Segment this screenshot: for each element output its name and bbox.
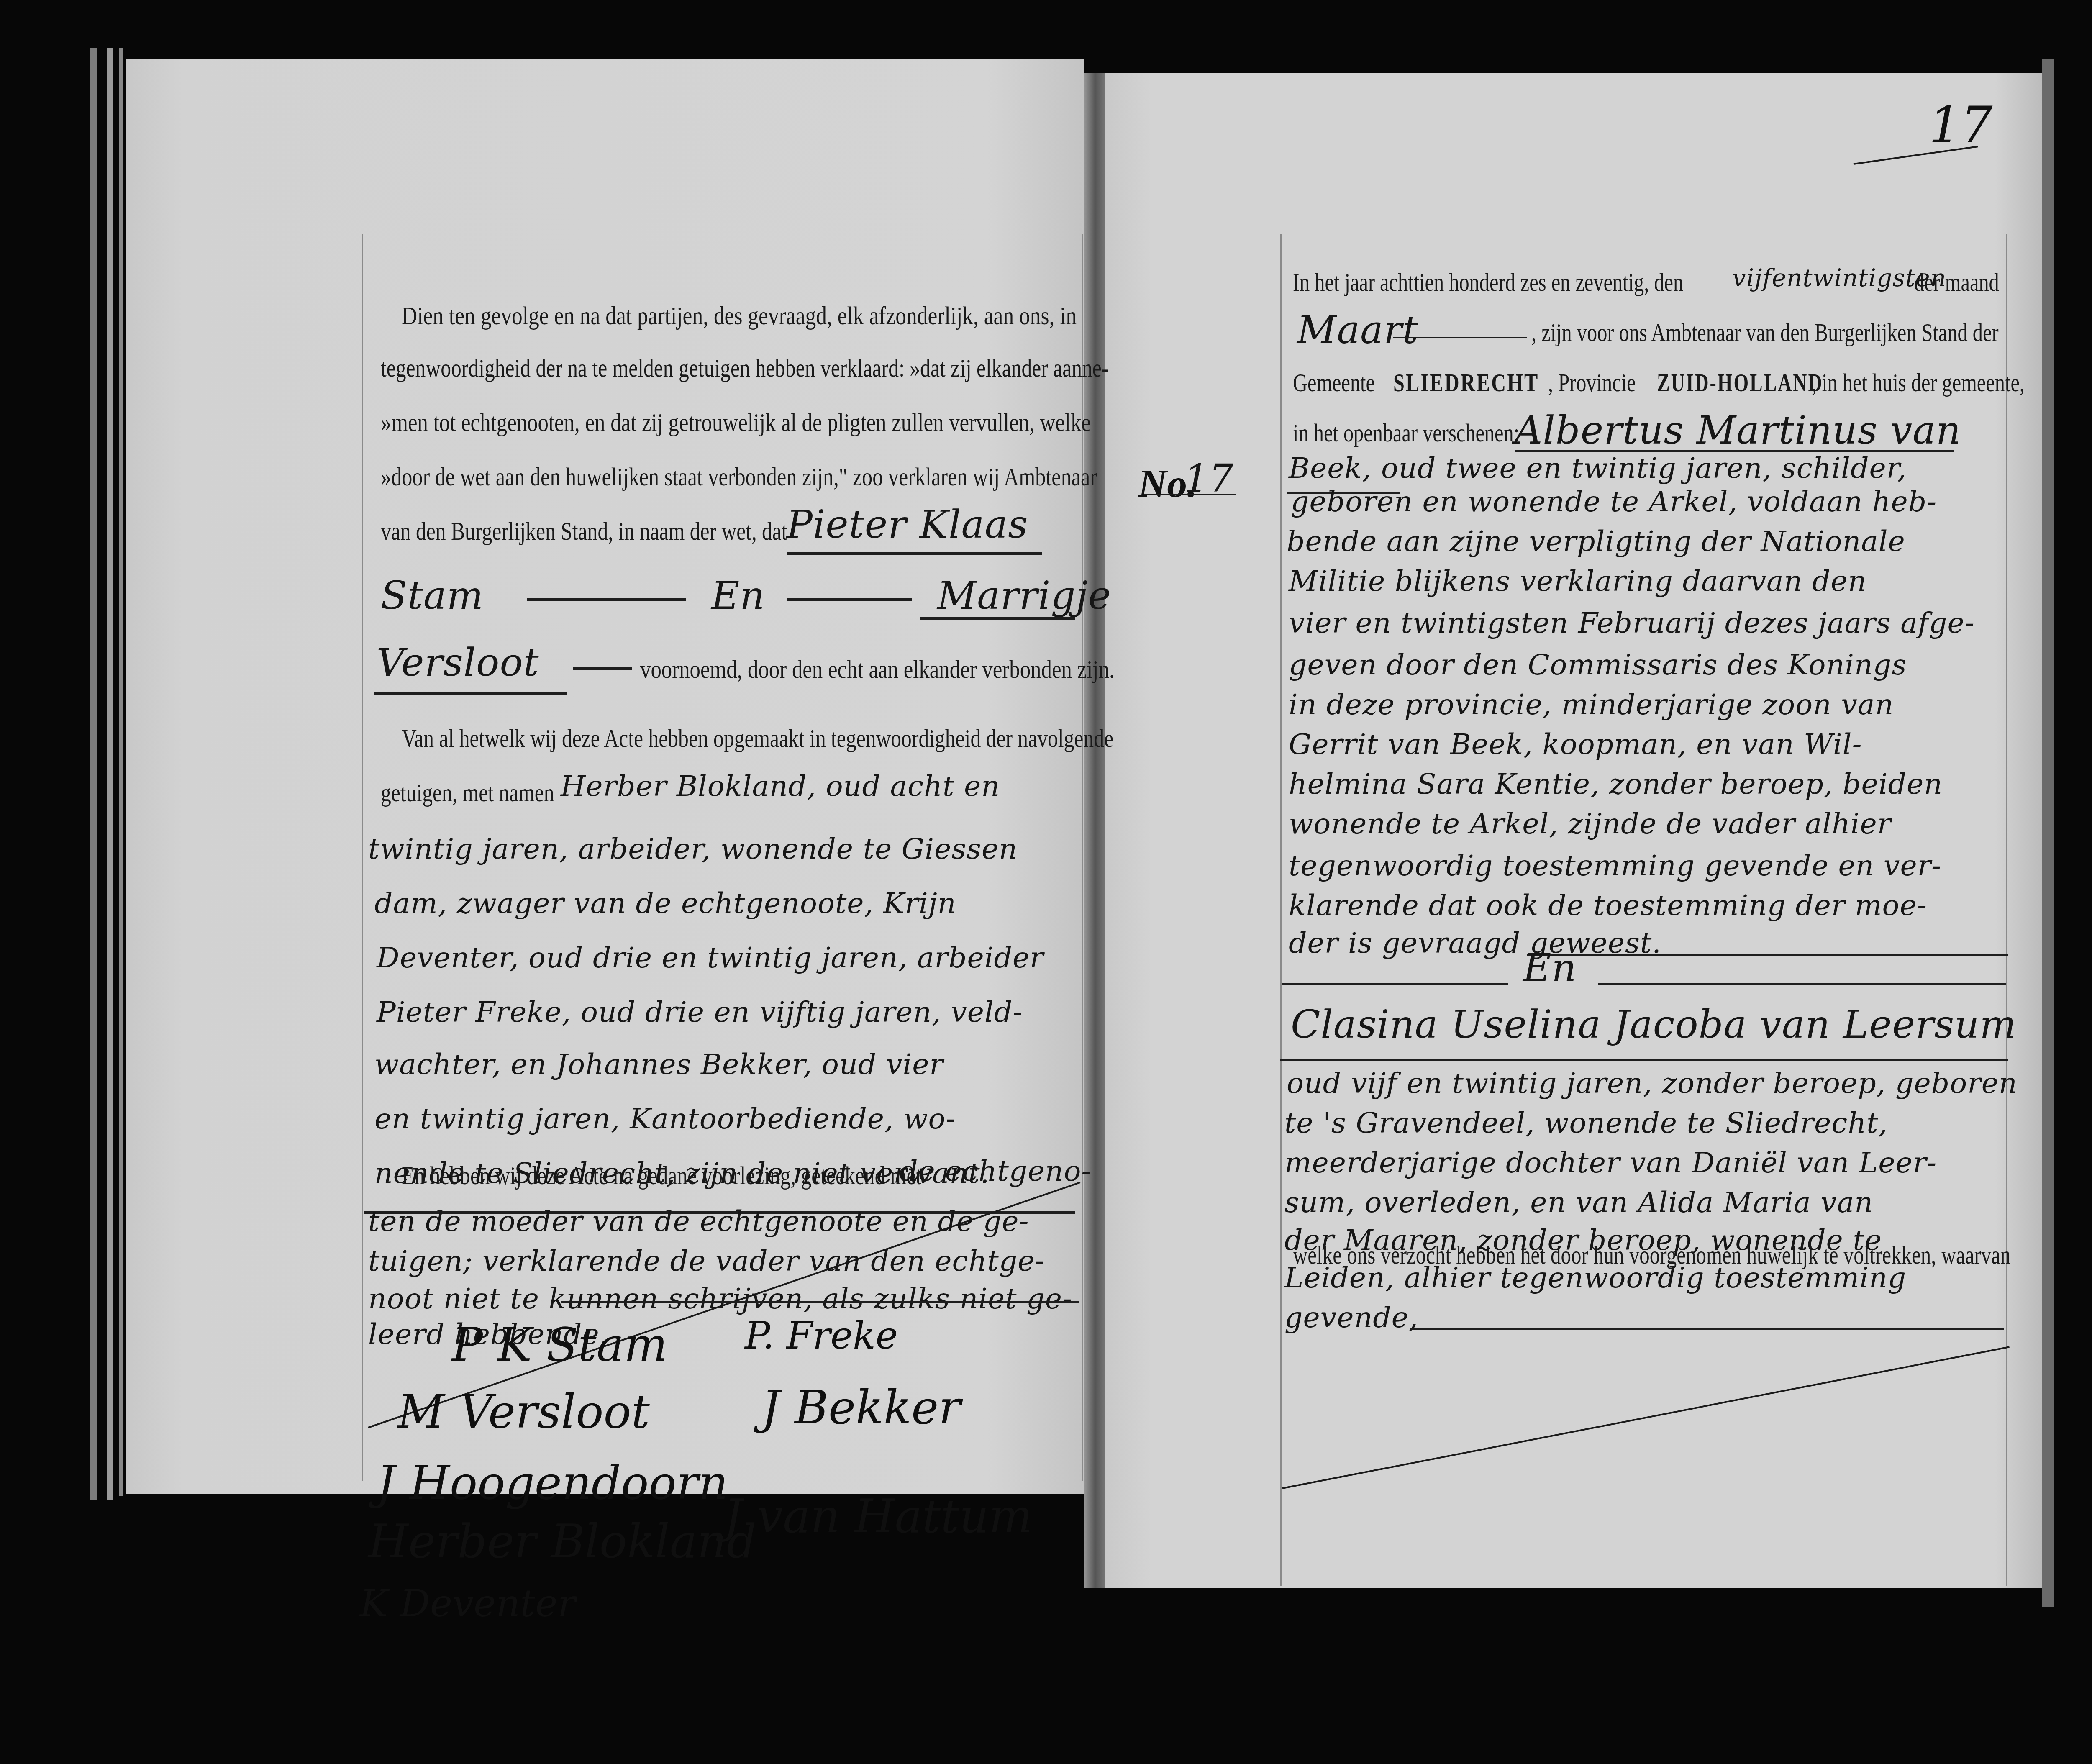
printed-line: voornoemd, door den echt aan elkander ve… [640,655,1115,685]
bride-name-handwritten: Clasina Uselina Jacoba van Leersum [1291,1002,2017,1047]
groom-detail-line: wonende te Arkel, zijnde de vader alhier [1289,808,1891,841]
bride-detail-line: gevende, [1284,1301,1418,1334]
printed-word: Gemeente [1293,368,1375,398]
bride-detail-line: meerderjarige dochter van Daniël van Lee… [1284,1146,1937,1179]
bride-detail-line: oud vijf en twintig jaren, zonder beroep… [1287,1067,2018,1100]
fill-line [1410,1328,2004,1330]
fill-line [1527,954,2008,956]
underline [374,692,567,695]
printed-line: der maand [1914,268,1999,297]
printed-line: van den Burgerlijken Stand, in naam der … [381,517,787,546]
printed-line: in het openbaar verschenen: [1293,418,1519,448]
closing-handwritten: ten de moeder van de echtgenoote en de g… [368,1205,1029,1238]
printed-line: Van al hetwelk wij deze Acte hebben opge… [402,724,1113,754]
groom-detail-line: klarende dat ook de toestemming der moe- [1289,889,1927,922]
witness-line: en twintig jaren, Kantoorbediende, wo- [374,1102,956,1136]
signature: P. Freke [745,1314,898,1358]
fill-line [1282,983,1508,985]
printed-word: , Provincie [1548,368,1636,398]
signature: Herber Blokland [368,1515,756,1568]
groom-name-handwritten: Pieter Klaas [787,502,1028,547]
signature: M Versloot [397,1385,650,1438]
witness-line: dam, zwager van de echtgenoote, Krijn [374,887,956,920]
groom-detail-line: in deze provincie, minderjarige zoon van [1289,688,1894,721]
groom-detail-line: helmina Sara Kentie, zonder beroep, beid… [1289,768,1943,801]
province-name: ZUID-HOLLAND [1657,368,1823,398]
witness-line: Deventer, oud drie en twintig jaren, arb… [377,941,1044,974]
left-margin-rule [362,234,363,1481]
signature: J van Hattum [724,1490,1033,1543]
closing-fill-line [561,1301,1079,1303]
printed-line: , zijn voor ons Ambtenaar van den Burger… [1531,318,1999,348]
closing-handwritten: noot niet te kunnen schrijven, als zulks… [368,1282,1072,1315]
right-left-margin-rule [1280,234,1282,1586]
groom-detail-line: Militie blijkens verklaring daarvan den [1289,565,1867,598]
printed-word: , in het huis der gemeente, [1812,368,2025,398]
municipality-name: SLIEDRECHT [1393,368,1539,398]
fill-line [787,598,912,601]
underline [787,552,1042,555]
printed-line: Dien ten gevolge en na dat partijen, des… [402,301,1077,331]
binding-strip-1 [90,48,97,1500]
groom-detail-line: bende aan zijne verpligting der National… [1287,525,1905,558]
closing-handwritten: de echtgeno- [900,1155,1091,1188]
bride-detail-line: sum, overleden, en van Alida Maria van [1284,1186,1873,1219]
signature: K Deventer [360,1582,576,1626]
witness-line: Herber Blokland, oud acht en [561,770,1000,803]
signature: J Hoogendoorn [377,1456,728,1510]
folio-number: 17 [1929,96,1993,154]
groom-detail-line: vier en twintigsten Februarij dezes jaar… [1289,607,1975,640]
witness-line: Pieter Freke, oud drie en vijftig jaren,… [377,996,1023,1029]
signature: J Bekker [761,1381,961,1434]
printed-line: »men tot echtgenooten, en dat zij getrou… [381,408,1091,438]
closing-handwritten: tuigen; verklarende de vader van den ech… [368,1245,1045,1278]
groom-detail-line: geboren en wonende te Arkel, voldaan heb… [1291,485,1937,518]
groom-detail-line: tegenwoordig toestemming gevende en ver- [1289,849,1941,882]
month-handwritten: Maart [1297,308,1418,352]
municipality-line: Gemeente [1293,368,1398,398]
binding-strip-2 [107,48,113,1500]
groom-name-handwritten: Albertus Martinus van [1515,408,1961,453]
bride-detail-line: te 's Gravendeel, wonende te Sliedrecht, [1284,1107,1888,1140]
fill-line [527,598,686,601]
fill-line [1393,337,1527,338]
groom-surname-handwritten: Stam [381,573,484,618]
printed-line: welke ons verzocht hebben het door hun v… [1293,1241,2011,1270]
fill-line [1598,983,2006,985]
signature: P K Stam [452,1318,668,1372]
right-right-margin-rule [2006,234,2007,1586]
witness-line: twintig jaren, arbeider, wonende te Gies… [368,833,1018,866]
bride-name-handwritten: Marrigje [937,573,1111,618]
right-page-edge [2042,59,2054,1607]
underline [1280,1059,2008,1061]
printed-line: tegenwoordigheid der na te melden getuig… [381,354,1108,383]
act-number-underline [1144,494,1236,495]
conjunction-handwritten: En [711,573,765,618]
printed-line: »door de wet aan den huwelijken staat ve… [381,462,1097,492]
binding-strip-3 [119,48,123,1496]
witness-line: wachter, en Johannes Bekker, oud vier [374,1048,943,1081]
underline [920,617,1075,620]
groom-detail-line: Beek, oud twee en twintig jaren, schilde… [1289,452,1907,485]
book-gutter [1084,73,1107,1588]
bride-surname-handwritten: Versloot [377,640,539,685]
fill-line [573,667,632,670]
printed-line: getuigen, met namen [381,778,554,808]
printed-line: In het jaar achttien honderd zes en zeve… [1293,268,1683,297]
closing-printed: En hebben wij deze Acte na gedane voorle… [402,1161,921,1191]
groom-detail-line: geven door den Commissaris des Konings [1289,649,1907,682]
conjunction-handwritten: En [1523,946,1577,990]
groom-detail-line: Gerrit van Beek, koopman, en van Wil- [1289,728,1862,761]
